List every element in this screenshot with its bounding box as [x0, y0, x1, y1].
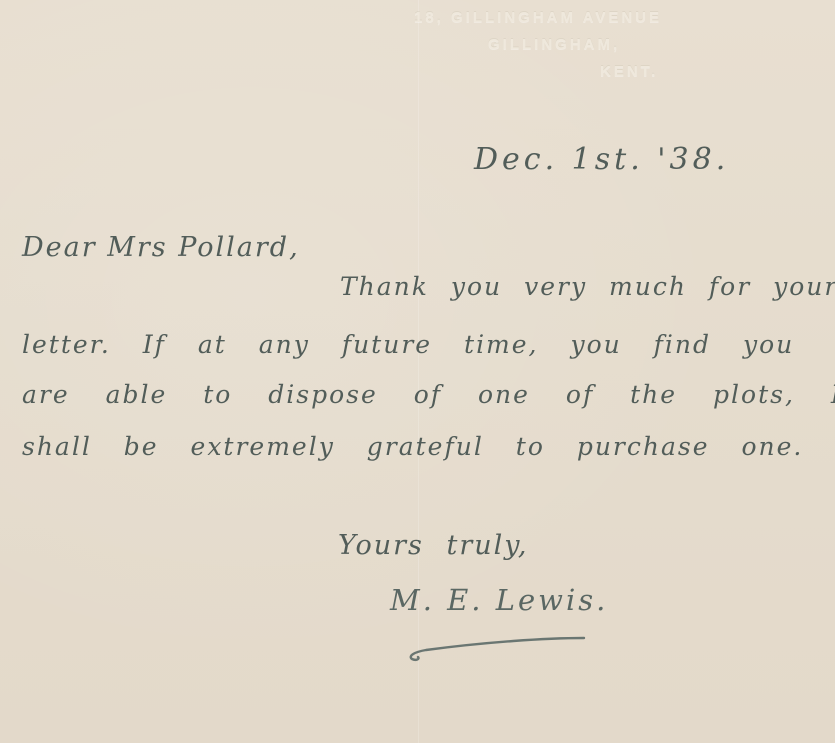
embossed-letterhead: 18, GILLINGHAM AVENUE GILLINGHAM, KENT. [410, 4, 700, 85]
letter-page: 18, GILLINGHAM AVENUE GILLINGHAM, KENT. … [0, 0, 835, 743]
letter-date: Dec. 1st. '38. [474, 142, 729, 177]
body-line-1: Thank you very much for your [340, 272, 835, 301]
letterhead-line-1: 18, GILLINGHAM AVENUE [410, 4, 700, 31]
closing: Yours truly, [338, 530, 529, 561]
body-line-3: are able to dispose of one of the plots,… [22, 380, 835, 409]
signature: M. E. Lewis. [390, 583, 608, 617]
letterhead-line-3: KENT. [410, 58, 700, 85]
body-line-4: shall be extremely grateful to purchase … [22, 432, 803, 461]
signature-flourish-icon [406, 632, 586, 662]
body-line-2: letter. If at any future time, you find … [22, 330, 794, 359]
letterhead-line-2: GILLINGHAM, [410, 31, 700, 58]
salutation: Dear Mrs Pollard, [22, 232, 300, 263]
